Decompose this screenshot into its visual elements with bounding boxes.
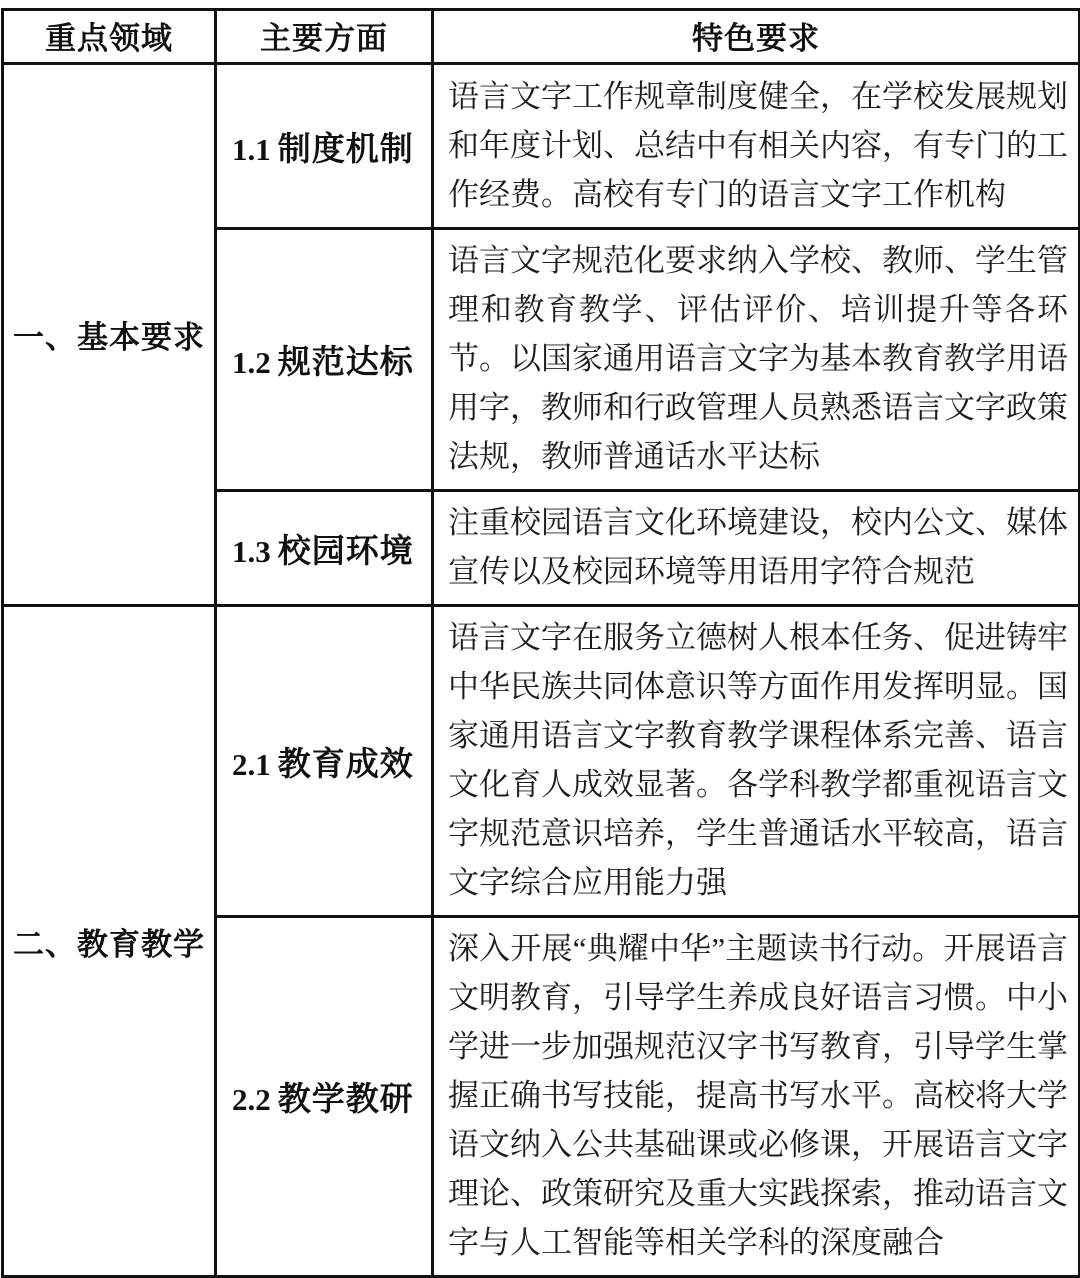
table-row-2-1: 二、教育教学 2.1教育成效 语言文字在服务立德树人根本任务、促进铸牢中华民族共… xyxy=(3,606,1080,917)
aspect-cell-1-1: 1.1制度机制 xyxy=(216,64,433,229)
aspect-name: 规范达标 xyxy=(278,343,414,380)
evaluation-table: 重点领域 主要方面 特色要求 一、基本要求 1.1制度机制 语言文字工作规章制度… xyxy=(1,8,1080,1278)
aspect-number: 2.2 xyxy=(232,1082,271,1117)
requirement-cell-2-1: 语言文字在服务立德树人根本任务、促进铸牢中华民族共同体意识等方面作用发挥明显。国… xyxy=(433,606,1080,917)
header-row: 重点领域 主要方面 特色要求 xyxy=(3,10,1080,64)
requirement-cell-1-1: 语言文字工作规章制度健全，在学校发展规划和年度计划、总结中有相关内容，有专门的工… xyxy=(433,64,1080,229)
table-row-1-1: 一、基本要求 1.1制度机制 语言文字工作规章制度健全，在学校发展规划和年度计划… xyxy=(3,64,1080,229)
aspect-number: 2.1 xyxy=(232,747,271,782)
aspect-name: 校园环境 xyxy=(278,532,414,569)
aspect-cell-2-1: 2.1教育成效 xyxy=(216,606,433,917)
header-main-aspects: 主要方面 xyxy=(216,10,433,64)
requirement-cell-1-3: 注重校园语言文化环境建设，校内公文、媒体宣传以及校园环境等用语用字符合规范 xyxy=(433,491,1080,606)
aspect-cell-1-3: 1.3校园环境 xyxy=(216,491,433,606)
aspect-cell-1-2: 1.2规范达标 xyxy=(216,229,433,491)
requirement-cell-2-2: 深入开展“典耀中华”主题读书行动。开展语言文明教育，引导学生养成良好语言习惯。中… xyxy=(433,917,1080,1277)
aspect-name: 制度机制 xyxy=(278,130,414,167)
header-key-areas: 重点领域 xyxy=(3,10,216,64)
header-special-requirements: 特色要求 xyxy=(433,10,1080,64)
aspect-number: 1.2 xyxy=(232,345,271,380)
aspect-number: 1.3 xyxy=(232,534,271,569)
area-cell-basic-requirements: 一、基本要求 xyxy=(3,64,216,606)
requirement-cell-1-2: 语言文字规范化要求纳入学校、教师、学生管理和教育教学、评估评价、培训提升等各环节… xyxy=(433,229,1080,491)
aspect-name: 教育成效 xyxy=(278,745,414,782)
aspect-name: 教学教研 xyxy=(278,1080,414,1117)
area-cell-education-teaching: 二、教育教学 xyxy=(3,606,216,1277)
aspect-cell-2-2: 2.2教学教研 xyxy=(216,917,433,1277)
aspect-number: 1.1 xyxy=(232,132,271,167)
document-page: 重点领域 主要方面 特色要求 一、基本要求 1.1制度机制 语言文字工作规章制度… xyxy=(0,0,1080,1219)
